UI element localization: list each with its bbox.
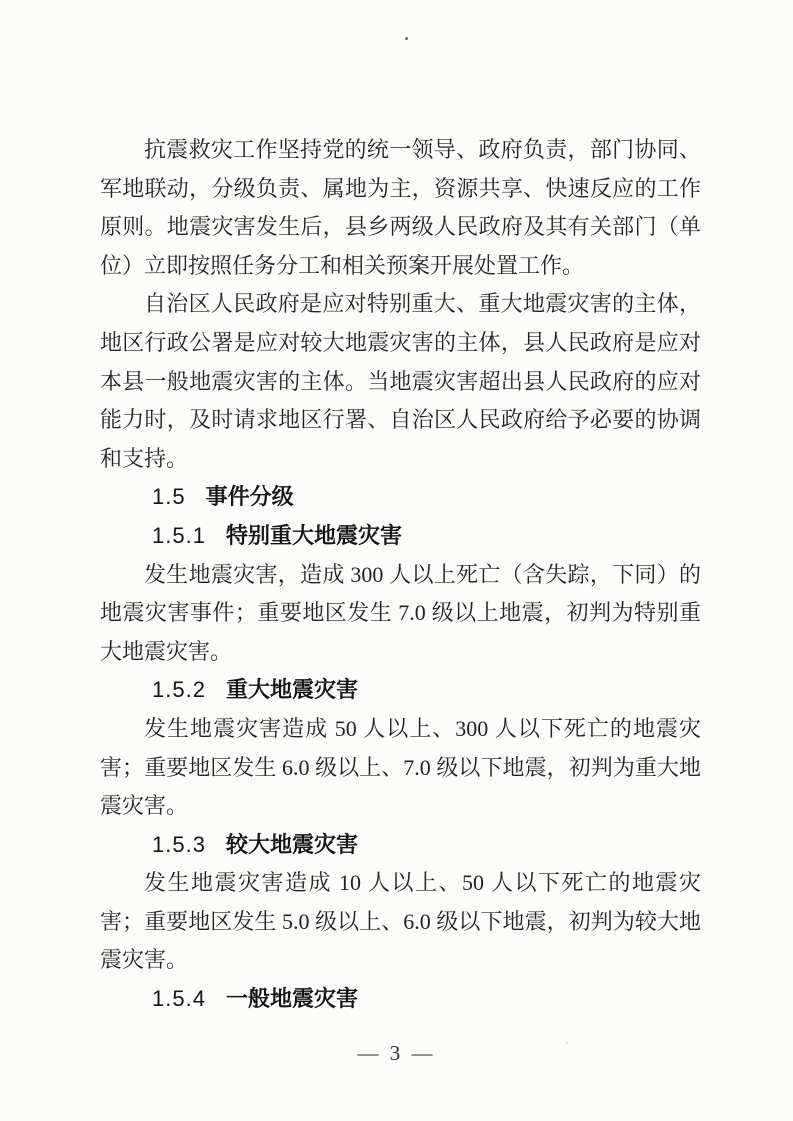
paragraph-extraordinary-disaster: 发生地震灾害，造成 300 人以上死亡（含失踪，下同）的地震灾害事件；重要地区发… — [100, 556, 701, 672]
heading-section-1-5-3: 1.5.3较大地震灾害 — [100, 826, 701, 865]
paragraph-response-responsibility: 自治区人民政府是应对特别重大、重大地震灾害的主体，地区行政公署是应对较大地震灾害… — [100, 285, 701, 478]
scan-speck — [405, 37, 408, 40]
heading-number: 1.5.3 — [152, 832, 206, 857]
heading-number: 1.5 — [152, 484, 186, 509]
heading-section-1-5-1: 1.5.1特别重大地震灾害 — [100, 517, 701, 556]
heading-title: 一般地震灾害 — [226, 986, 358, 1011]
paragraph-larger-disaster: 发生地震灾害造成 10 人以上、50 人以下死亡的地震灾害；重要地区发生 5.0… — [100, 864, 701, 980]
heading-title: 重大地震灾害 — [226, 677, 358, 702]
document-body: 抗震救灾工作坚持党的统一领导、政府负责，部门协同、军地联动，分级负责、属地为主，… — [100, 131, 701, 1019]
paragraph-major-disaster: 发生地震灾害造成 50 人以上、300 人以下死亡的地震灾害；重要地区发生 6.… — [100, 710, 701, 826]
page-number: — 3 — — [0, 1041, 793, 1066]
scanned-document-page: 抗震救灾工作坚持党的统一领导、政府负责，部门协同、军地联动，分级负责、属地为主，… — [0, 0, 793, 1121]
heading-number: 1.5.1 — [152, 523, 206, 548]
paragraph-work-principles: 抗震救灾工作坚持党的统一领导、政府负责，部门协同、军地联动，分级负责、属地为主，… — [100, 131, 701, 285]
heading-number: 1.5.2 — [152, 677, 206, 702]
heading-number: 1.5.4 — [152, 986, 206, 1011]
heading-section-1-5-2: 1.5.2重大地震灾害 — [100, 671, 701, 710]
heading-title: 特别重大地震灾害 — [226, 523, 402, 548]
heading-section-1-5: 1.5事件分级 — [100, 478, 701, 517]
heading-section-1-5-4: 1.5.4一般地震灾害 — [100, 980, 701, 1019]
heading-title: 事件分级 — [206, 484, 294, 509]
heading-title: 较大地震灾害 — [226, 832, 358, 857]
